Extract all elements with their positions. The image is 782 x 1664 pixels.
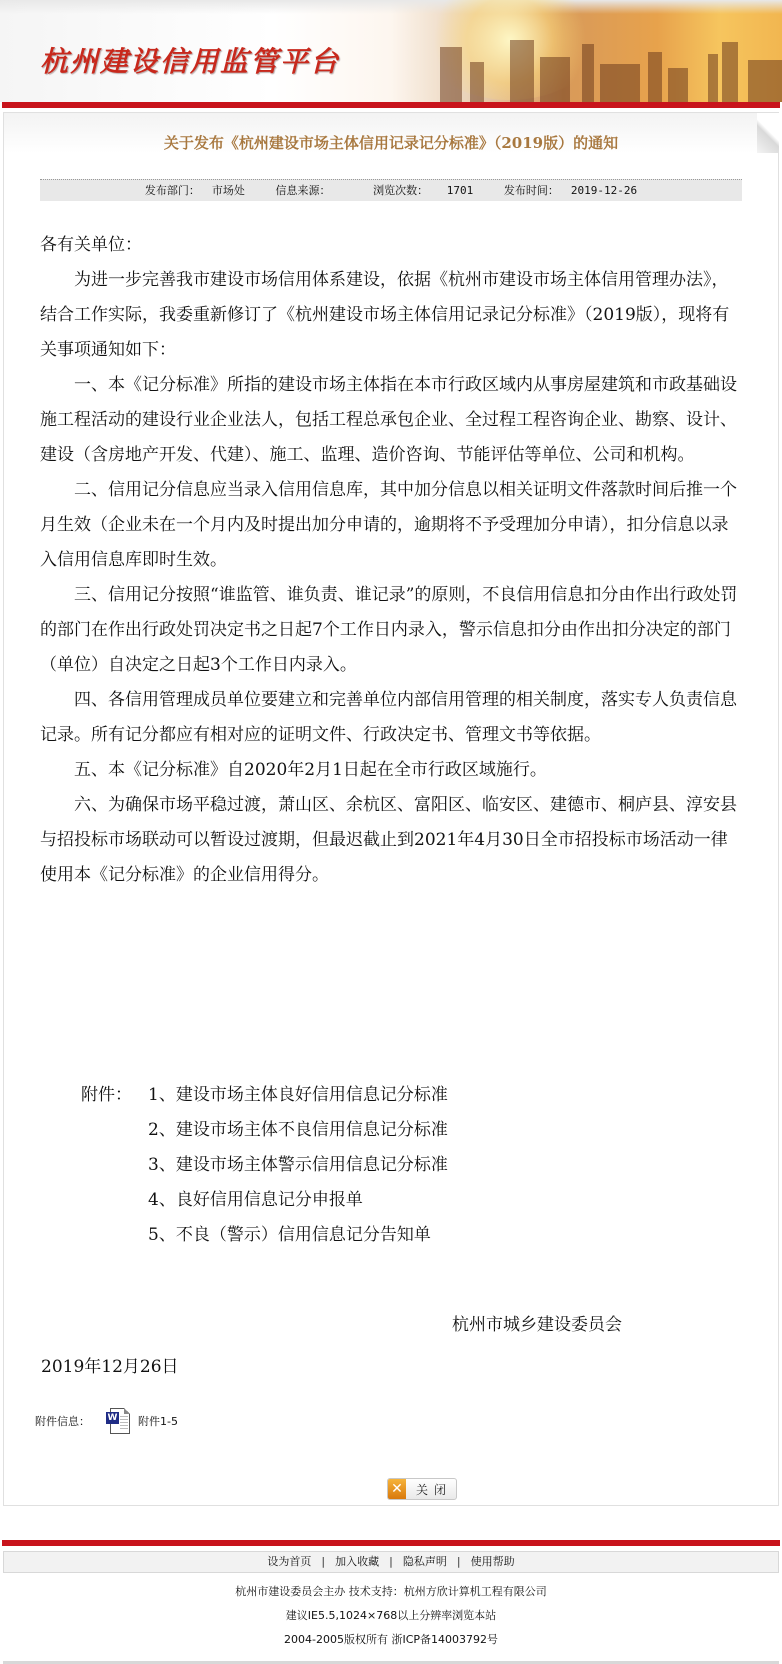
article-title: 关于发布《杭州建设市场主体信用记录记分标准》（2019版）的通知 bbox=[0, 132, 782, 153]
attachments-label: 附件： bbox=[81, 1078, 148, 1113]
close-icon: ✕ bbox=[388, 1479, 406, 1499]
paragraph-1: 一、本《记分标准》所指的建设市场主体指在本市行政区域内从事房屋建筑和市政基础设施… bbox=[40, 368, 740, 473]
footer-nav: 设为首页|加入收藏|隐私声明|使用帮助 bbox=[3, 1551, 779, 1573]
footer-copyright: 2004-2005版权所有 浙ICP备14003792号 bbox=[0, 1628, 782, 1652]
attachment-info-label: 附件信息： bbox=[35, 1413, 90, 1429]
footer-link-privacy[interactable]: 隐私声明 bbox=[403, 1555, 447, 1568]
attachment-info: 附件信息： W 附件1-5 bbox=[35, 1406, 178, 1436]
meta-views: 浏览次数： 1701 bbox=[367, 184, 479, 197]
header-red-bar bbox=[2, 102, 780, 108]
meta-date: 发布时间：2019-12-26 bbox=[498, 184, 643, 197]
attachment-item-2: 2、建设市场主体不良信用信息记分标准 bbox=[148, 1113, 448, 1148]
footer-separator: | bbox=[457, 1555, 461, 1568]
salutation: 各有关单位： bbox=[40, 228, 740, 263]
paragraph-6: 六、为确保市场平稳过渡，萧山区、余杭区、富阳区、临安区、建德市、桐庐县、淳安县与… bbox=[40, 788, 740, 893]
attachment-item-1: 1、建设市场主体良好信用信息记分标准 bbox=[148, 1078, 448, 1113]
article-body: 各有关单位： 为进一步完善我市建设市场信用体系建设，依据《杭州市建设市场主体信用… bbox=[40, 228, 740, 893]
paragraph-5: 五、本《记分标准》自2020年2月1日起在全市行政区域施行。 bbox=[40, 753, 740, 788]
paragraph-2: 二、信用记分信息应当录入信用信息库，其中加分信息以相关证明文件落款时间后推一个月… bbox=[40, 473, 740, 578]
close-button-label: 关闭 bbox=[406, 1481, 456, 1498]
footer-browser-note: 建议IE5.5,1024×768以上分辨率浏览本站 bbox=[0, 1604, 782, 1628]
meta-source: 信息来源： bbox=[270, 184, 349, 197]
paragraph-4: 四、各信用管理成员单位要建立和完善单位内部信用管理的相关制度，落实专人负责信息记… bbox=[40, 683, 740, 753]
footer-red-bar bbox=[2, 1540, 780, 1546]
attachment-item: 5、不良（警示）信用信息记分告知单 bbox=[81, 1218, 448, 1253]
attachment-item: 3、建设市场主体警示信用信息记分标准 bbox=[81, 1148, 448, 1183]
footer-link-set-homepage[interactable]: 设为首页 bbox=[267, 1555, 311, 1568]
paragraph-intro: 为进一步完善我市建设市场信用体系建设，依据《杭州市建设市场主体信用管理办法》，结… bbox=[40, 263, 740, 368]
site-logo: 杭州建设信用监管平台 bbox=[40, 40, 340, 80]
attachment-list: 附件：1、建设市场主体良好信用信息记分标准 2、建设市场主体不良信用信息记分标准… bbox=[81, 1078, 448, 1253]
meta-date-label: 发布时间： bbox=[504, 184, 559, 197]
word-document-icon[interactable]: W bbox=[104, 1406, 132, 1436]
signer: 杭州市城乡建设委员会 bbox=[452, 1310, 622, 1335]
header-banner: 杭州建设信用监管平台 bbox=[0, 0, 782, 102]
attachment-item: 附件：1、建设市场主体良好信用信息记分标准 bbox=[81, 1078, 448, 1113]
sign-date: 2019年12月26日 bbox=[41, 1352, 179, 1377]
attachment-download-link[interactable]: 附件1-5 bbox=[138, 1413, 178, 1429]
paragraph-3: 三、信用记分按照“谁监管、谁负责、谁记录”的原则，不良信用信息扣分由作出行政处罚… bbox=[40, 578, 740, 683]
meta-views-label: 浏览次数： bbox=[373, 184, 428, 197]
footer-sponsor: 杭州市建设委员会主办 技术支持：杭州方欣计算机工程有限公司 bbox=[0, 1580, 782, 1604]
attachment-item: 2、建设市场主体不良信用信息记分标准 bbox=[81, 1113, 448, 1148]
meta-views-value: 1701 bbox=[447, 184, 474, 197]
attachment-item-5: 5、不良（警示）信用信息记分告知单 bbox=[148, 1218, 431, 1253]
footer-link-add-favorite[interactable]: 加入收藏 bbox=[335, 1555, 379, 1568]
footer-info: 杭州市建设委员会主办 技术支持：杭州方欣计算机工程有限公司 建议IE5.5,10… bbox=[0, 1580, 782, 1652]
close-button[interactable]: ✕ 关闭 bbox=[387, 1478, 457, 1500]
attachment-item-3: 3、建设市场主体警示信用信息记分标准 bbox=[148, 1148, 448, 1183]
meta-department-value: 市场处 bbox=[212, 184, 245, 197]
article-meta-bar: 发布部门：市场处 信息来源： 浏览次数： 1701 发布时间：2019-12-2… bbox=[40, 179, 742, 201]
meta-department: 发布部门：市场处 bbox=[139, 184, 251, 197]
attachment-item-4: 4、良好信用信息记分申报单 bbox=[148, 1183, 363, 1218]
meta-source-label: 信息来源： bbox=[276, 184, 331, 197]
banner-top-fade bbox=[0, 0, 782, 14]
attachment-item: 4、良好信用信息记分申报单 bbox=[81, 1183, 448, 1218]
footer-separator: | bbox=[321, 1555, 325, 1568]
meta-department-label: 发布部门： bbox=[145, 184, 200, 197]
footer-separator: | bbox=[389, 1555, 393, 1568]
footer-link-help[interactable]: 使用帮助 bbox=[471, 1555, 515, 1568]
meta-date-value: 2019-12-26 bbox=[571, 184, 637, 197]
